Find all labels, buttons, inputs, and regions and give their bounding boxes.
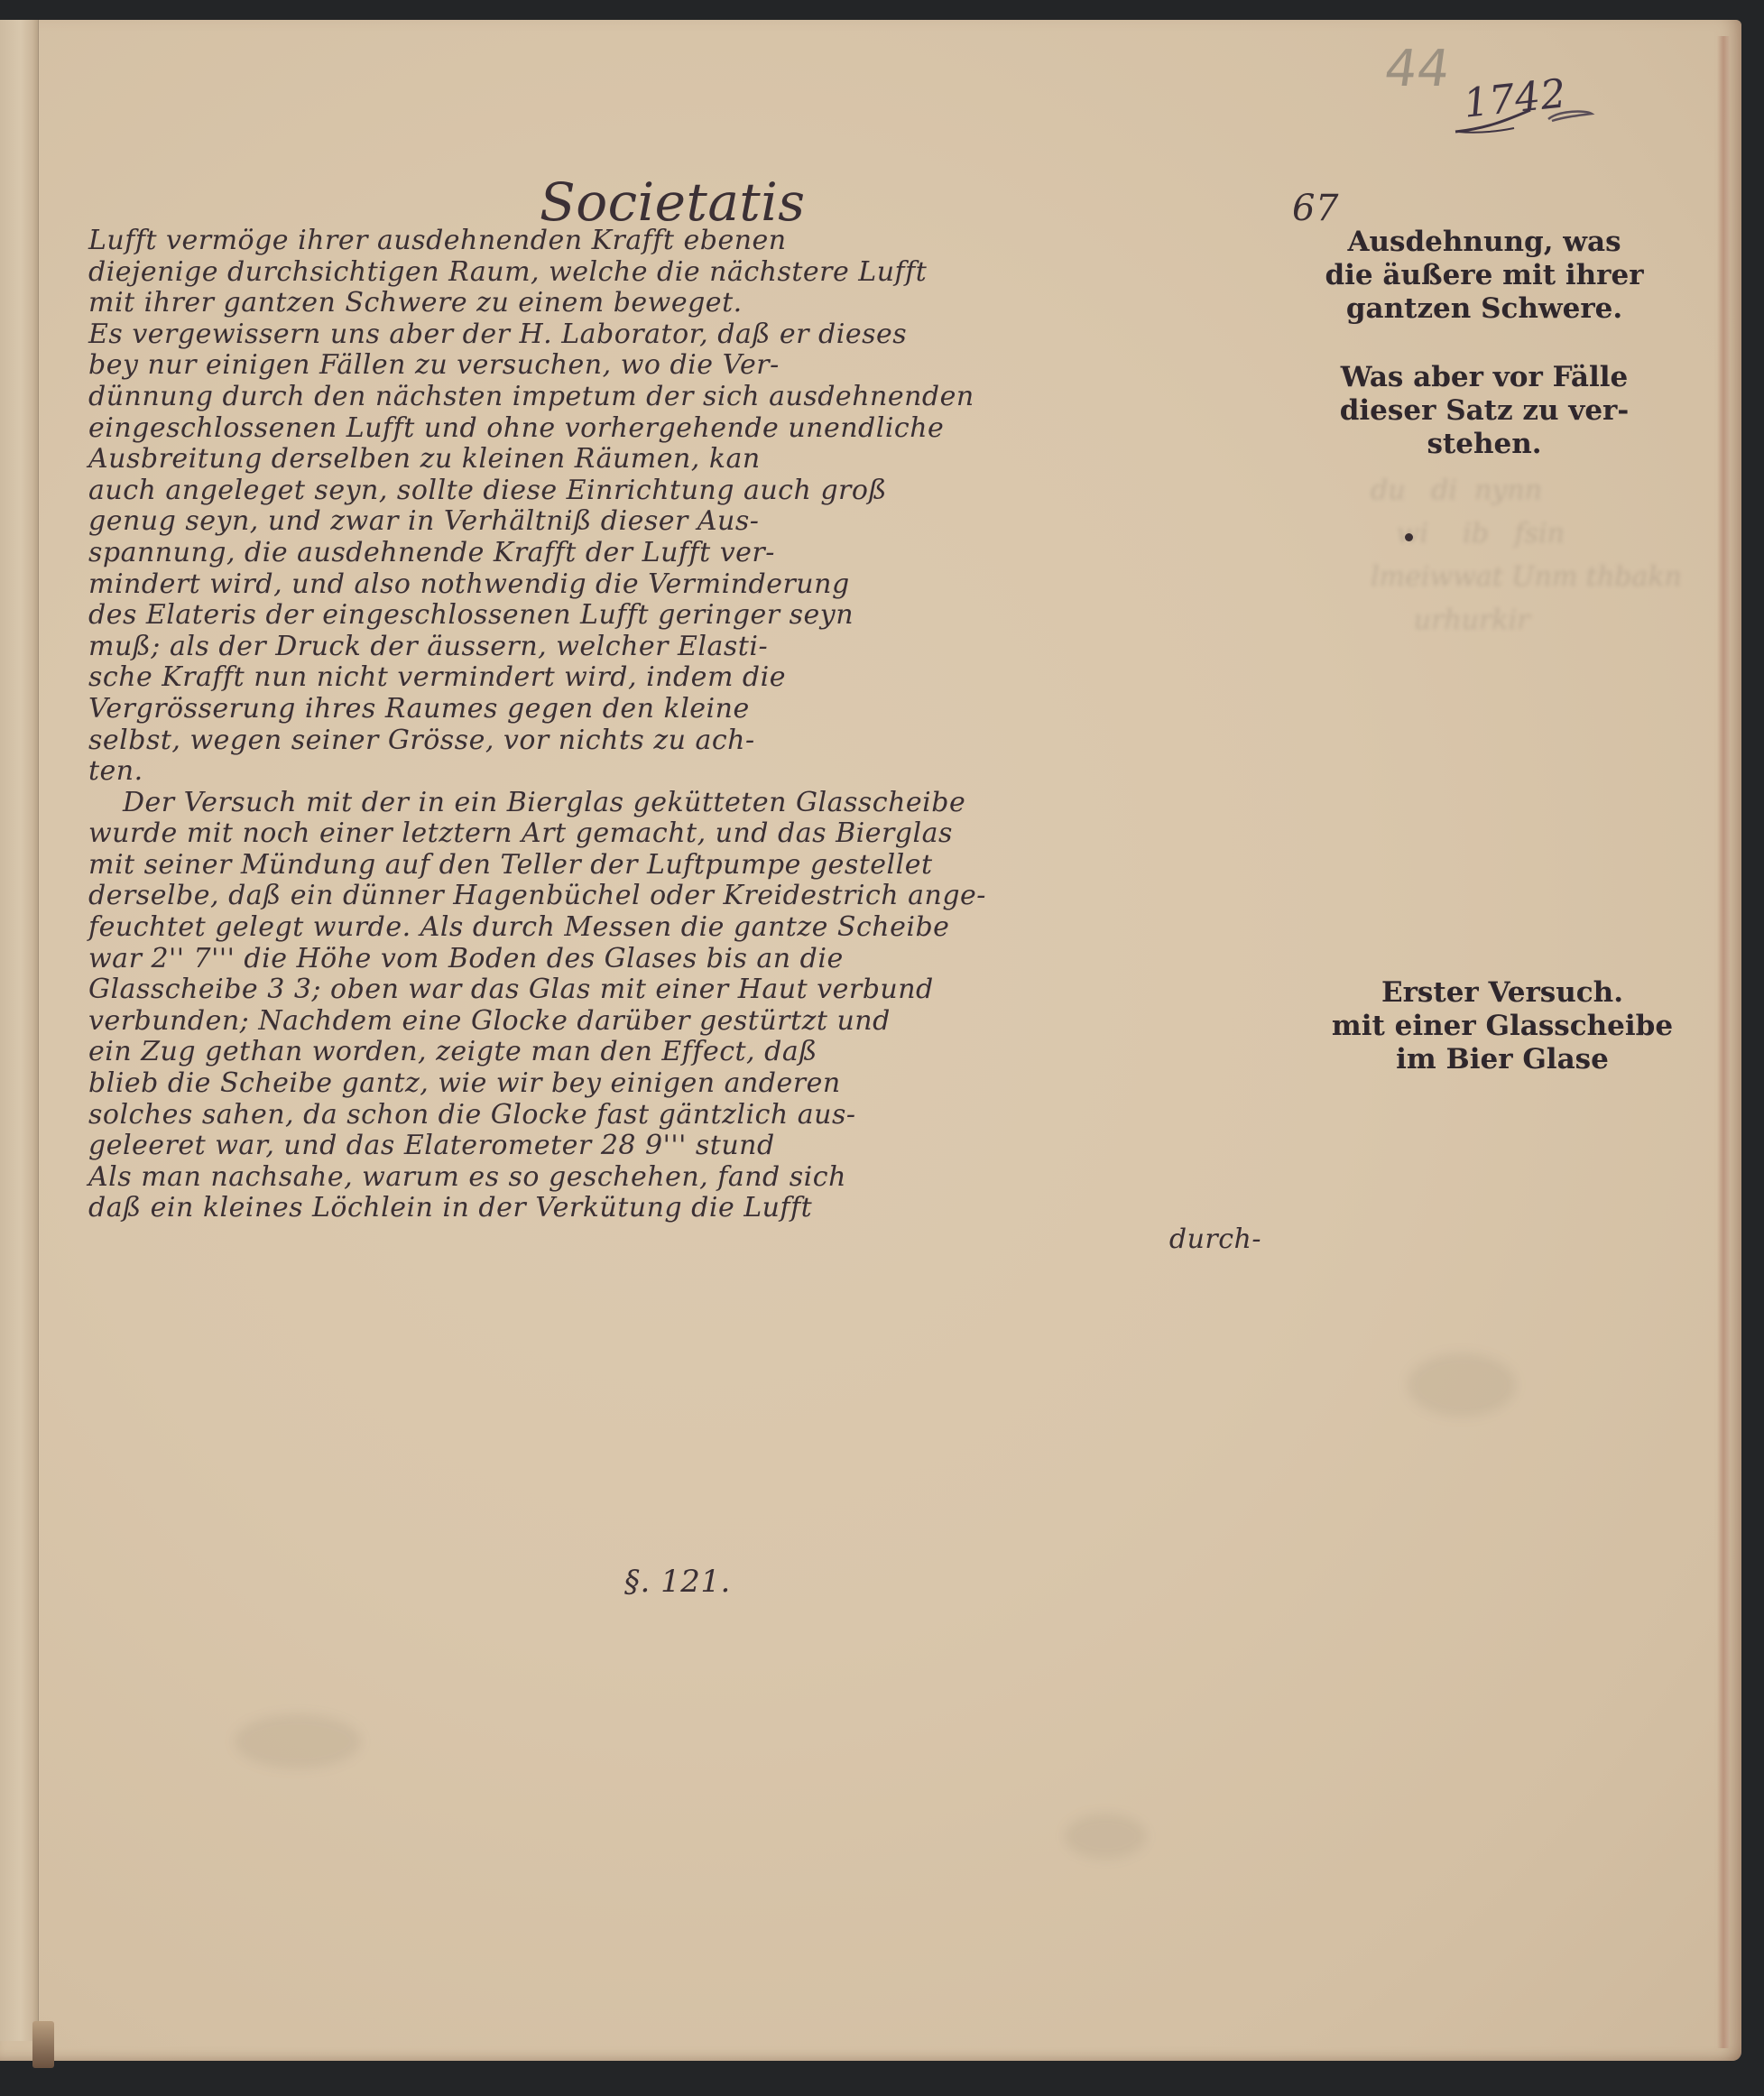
paper-stain	[1408, 1353, 1516, 1417]
margin-note-expansion: Ausdehnung, was die äußere mit ihrer gan…	[1299, 226, 1669, 326]
manuscript-scan: du di nynn wi ib fsin lmeiwwat Unm thbak…	[0, 0, 1764, 2096]
text-line: wurde mit noch einer letztern Art gemach…	[88, 818, 1288, 850]
text-line: Vergrösserung ihres Raumes gegen den kle…	[88, 694, 1288, 725]
text-line: Glasscheibe 3 3; oben war das Glas mit e…	[88, 974, 1288, 1006]
text-line: derselbe, daß ein dünner Hagenbüchel ode…	[88, 881, 1288, 912]
text-line: solches sahen, da schon die Glocke fast …	[88, 1100, 1288, 1131]
page-gutter-fold	[0, 20, 39, 2041]
margin-note-cases: Was aber vor Fälle dieser Satz zu ver- s…	[1299, 361, 1669, 461]
text-line: ein Zug gethan worden, zeigte man den Ef…	[88, 1037, 1288, 1068]
text-line: des Elateris der eingeschlossenen Lufft …	[88, 600, 1288, 632]
text-line: Lufft vermöge ihrer ausdehnenden Krafft …	[88, 226, 1288, 257]
paper-stain	[235, 1714, 361, 1768]
text-line: mit seiner Mündung auf den Teller der Lu…	[88, 850, 1288, 882]
margin-note-line: Ausdehnung, was	[1299, 226, 1669, 259]
text-line: durch-	[88, 1224, 1288, 1256]
marginal-number: 67	[1292, 188, 1339, 229]
text-line: bey nur einigen Fällen zu versuchen, wo …	[88, 350, 1288, 382]
text-line: war 2'' 7''' die Höhe vom Boden des Glas…	[88, 944, 1288, 975]
text-line: dünnung durch den nächsten impetum der s…	[88, 382, 1288, 413]
margin-note-line: die äußere mit ihrer	[1299, 259, 1669, 292]
text-line: verbunden; Nachdem eine Glocke darüber g…	[88, 1006, 1288, 1038]
margin-note-first-experiment: Erster Versuch. mit einer Glasscheibe im…	[1313, 976, 1692, 1076]
text-line: feuchtet gelegt wurde. Als durch Messen …	[88, 912, 1288, 944]
text-line: geleeret war, und das Elaterometer 28 9'…	[88, 1131, 1288, 1162]
text-line: mindert wird, und also nothwendig die Ve…	[88, 569, 1288, 601]
text-line: blieb die Scheibe gantz, wie wir bey ein…	[88, 1068, 1288, 1100]
text-line: auch angeleget seyn, sollte diese Einric…	[88, 476, 1288, 507]
ink-bleed-through: du di nynn wi ib fsin lmeiwwat Unm thbak…	[1353, 469, 1682, 642]
text-line: daß ein kleines Löchlein in der Verkütun…	[88, 1193, 1288, 1224]
text-line: sche Krafft nun nicht vermindert wird, i…	[88, 662, 1288, 694]
text-line: Als man nachsahe, warum es so geschehen,…	[88, 1162, 1288, 1194]
year-flourish-icon	[1451, 101, 1595, 137]
text-line: diejenige durchsichtigen Raum, welche di…	[88, 257, 1288, 289]
binding-thread	[32, 2021, 54, 2068]
margin-note-line: Erster Versuch.	[1313, 976, 1692, 1010]
text-line: spannung, die ausdehnende Krafft der Luf…	[88, 538, 1288, 569]
margin-note-line: Was aber vor Fälle	[1299, 361, 1669, 394]
text-line: eingeschlossenen Lufft und ohne vorherge…	[88, 413, 1288, 445]
page-edge-shadow	[1717, 36, 1730, 2048]
text-line: Ausbreitung derselben zu kleinen Räumen,…	[88, 444, 1288, 476]
folio-number-pencil: 44	[1381, 40, 1453, 98]
text-line: Der Versuch mit der in ein Bierglas gekü…	[88, 788, 1288, 819]
section-mark: §. 121.	[624, 1564, 731, 1600]
text-line: mit ihrer gantzen Schwere zu einem beweg…	[88, 288, 1288, 319]
margin-note-line: im Bier Glase	[1313, 1043, 1692, 1076]
text-line: muß; als der Druck der äussern, welcher …	[88, 632, 1288, 663]
text-line: Es vergewissern uns aber der H. Laborato…	[88, 319, 1288, 351]
paper-stain	[1065, 1814, 1146, 1859]
margin-note-line: gantzen Schwere.	[1299, 292, 1669, 326]
text-line: genug seyn, und zwar in Verhältniß diese…	[88, 506, 1288, 538]
margin-note-line: mit einer Glasscheibe	[1313, 1010, 1692, 1043]
margin-note-line: dieser Satz zu ver-	[1299, 394, 1669, 428]
main-text-block: Lufft vermöge ihrer ausdehnenden Krafft …	[88, 226, 1288, 1256]
page-heading: Societatis	[540, 171, 806, 233]
text-line: ten.	[88, 756, 1288, 788]
ink-dot	[1405, 533, 1413, 541]
margin-note-line: stehen.	[1299, 428, 1669, 461]
text-line: selbst, wegen seiner Grösse, vor nichts …	[88, 725, 1288, 757]
